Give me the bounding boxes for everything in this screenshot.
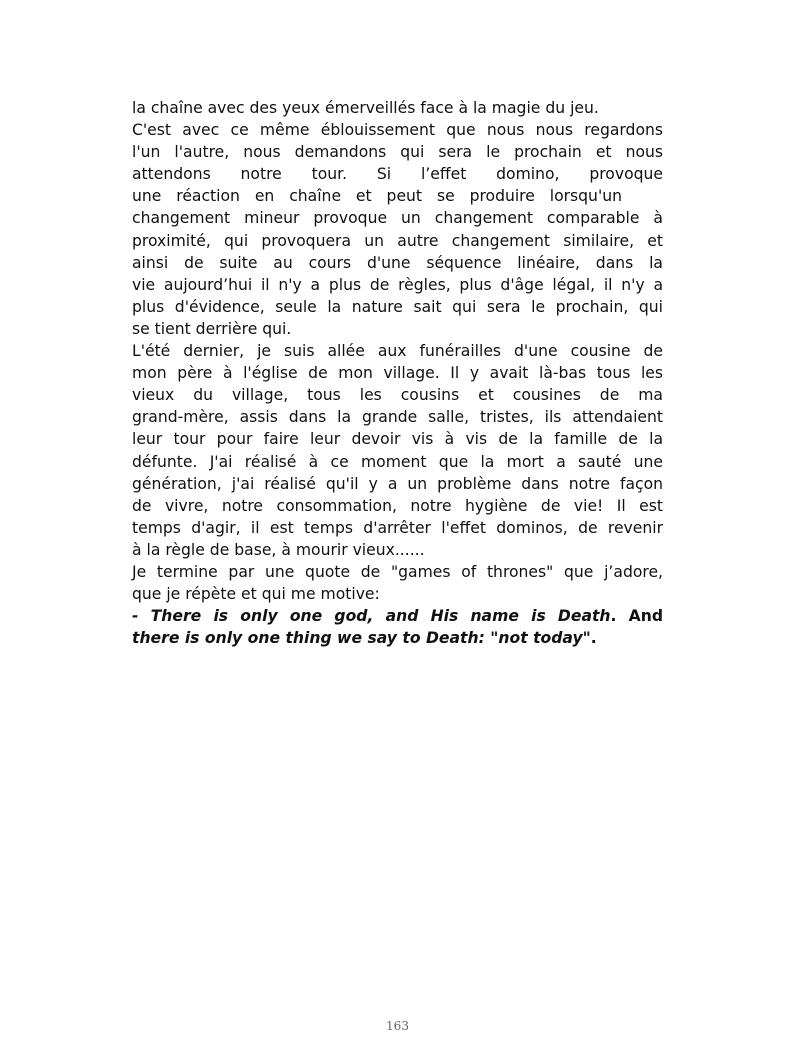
text-line: ainsi de suite au cours d'une séquence l… xyxy=(132,252,663,274)
text-line: plus d'évidence, seule la nature sait qu… xyxy=(132,296,663,318)
text-line: C'est avec ce même éblouissement que nou… xyxy=(132,119,663,141)
quote-text: . And xyxy=(611,607,663,625)
quote-text: there is only one thing we say to Death: xyxy=(132,629,490,647)
text-line: la chaîne avec des yeux émerveillés face… xyxy=(132,97,663,119)
text-line: L'été dernier, je suis allée aux funérai… xyxy=(132,340,663,362)
document-body: la chaîne avec des yeux émerveillés face… xyxy=(132,97,663,649)
text-line: vieux du village, tous les cousins et co… xyxy=(132,384,663,406)
text-line: temps d'agir, il est temps d'arrêter l'e… xyxy=(132,517,663,539)
text-line: se tient derrière qui. xyxy=(132,318,663,340)
quote-text: ". xyxy=(583,629,597,647)
text-line: défunte. J'ai réalisé à ce moment que la… xyxy=(132,451,663,473)
text-line: génération, j'ai réalisé qu'il y a un pr… xyxy=(132,473,663,495)
quote-line-1: - There is only one god, and His name is… xyxy=(132,605,663,627)
page-number: 163 xyxy=(0,1019,795,1033)
text-line: leur tour pour faire leur devoir vis à v… xyxy=(132,428,663,450)
text-line: proximité, qui provoquera un autre chang… xyxy=(132,230,663,252)
text-line: grand-mère, assis dans la grande salle, … xyxy=(132,406,663,428)
text-line: mon père à l'église de mon village. Il y… xyxy=(132,362,663,384)
text-line: que je répète et qui me motive: xyxy=(132,583,663,605)
quote-text: - There is only one god, and His name is… xyxy=(132,607,611,625)
text-line: changement mineur provoque un changement… xyxy=(132,207,663,229)
text-line: une réaction en chaîne et peut se produi… xyxy=(132,185,622,207)
text-line: à la règle de base, à mourir vieux...... xyxy=(132,539,663,561)
text-line: Je termine par une quote de "games of th… xyxy=(132,561,663,583)
quote-text: not today xyxy=(498,629,582,647)
text-line: de vivre, notre consommation, notre hygi… xyxy=(132,495,663,517)
text-line: l'un l'autre, nous demandons qui sera le… xyxy=(132,141,663,163)
text-line: attendons notre tour. Si l’effet domino,… xyxy=(132,163,663,185)
quote-line-2: there is only one thing we say to Death:… xyxy=(132,627,663,649)
text-line: vie aujourd’hui il n'y a plus de règles,… xyxy=(132,274,663,296)
